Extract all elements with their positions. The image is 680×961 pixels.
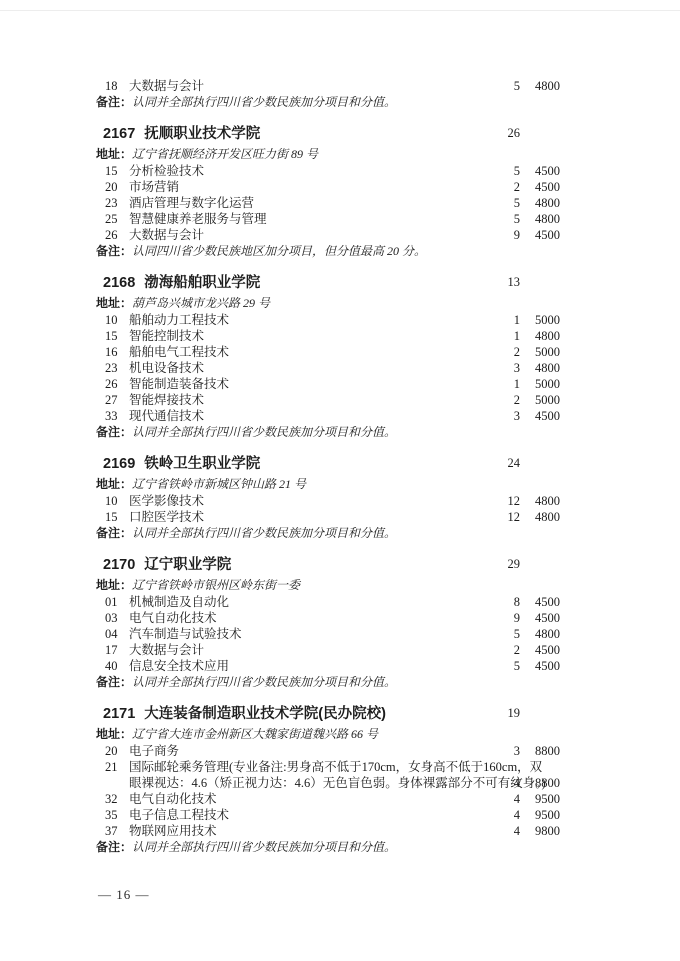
major-name: 25智慧健康养老服务与管理 [105,211,550,227]
major-plan-count: 5 [514,658,520,674]
note-text: 认同并全部执行四川省少数民族加分项目和分值。 [132,526,396,540]
major-tuition-fee: 4500 [535,179,560,195]
major-row: 15分析检验技术 5 4500 [96,163,560,179]
major-name: 26大数据与会计 [105,227,550,243]
note-text: 认同并全部执行四川省少数民族加分项目和分值。 [132,425,396,439]
major-tuition-fee: 4800 [535,328,560,344]
major-title-text: 酒店管理与数字化运营 [129,196,254,210]
page-number: — 16 — [98,887,150,903]
major-name: 35电子信息工程技术 [105,807,550,823]
college-name: 抚顺职业技术学院 [144,126,260,142]
major-code: 32 [105,791,129,807]
major-tuition-fee: 4800 [535,195,560,211]
major-title-text: 船舶动力工程技术 [129,313,229,327]
major-plan-count: 3 [514,743,520,759]
major-row: 23酒店管理与数字化运营 5 4800 [96,195,560,211]
address-text: 辽宁省大连市金州新区大魏家街道魏兴路 66 号 [132,727,378,741]
address-row: 地址：辽宁省抚顺经济开发区旺力街 89 号 [96,146,560,163]
college-total-plan: 26 [508,124,521,143]
major-name: 17大数据与会计 [105,642,550,658]
major-title-text: 大数据与会计 [129,79,204,93]
major-name: 23酒店管理与数字化运营 [105,195,550,211]
major-code: 25 [105,211,129,227]
major-list: 10医学影像技术 12 4800 15口腔医学技术 12 4800 [96,493,560,525]
major-row: 33现代通信技术 3 4500 [96,408,560,424]
address-row: 地址：辽宁省大连市金州新区大魏家街道魏兴路 66 号 [96,726,560,743]
address-label: 地址： [96,296,132,310]
college-total-plan: 29 [508,555,521,574]
major-tuition-fee: 4500 [535,163,560,179]
major-tuition-fee: 5000 [535,344,560,360]
address-text: 辽宁省抚顺经济开发区旺力街 89 号 [132,147,318,161]
college-code: 2171 [103,706,135,722]
major-row: 26智能制造装备技术 1 5000 [96,376,560,392]
major-code: 21 [105,759,129,775]
college-name: 铁岭卫生职业学院 [144,456,260,472]
major-row: 25智慧健康养老服务与管理 5 4800 [96,211,560,227]
note-label: 备注： [96,840,132,854]
major-tuition-fee: 5000 [535,312,560,328]
major-title-text: 机电设备技术 [129,361,204,375]
major-tuition-fee: 4500 [535,227,560,243]
note-label: 备注： [96,425,132,439]
major-row: 20市场营销 2 4500 [96,179,560,195]
college-name: 大连装备制造职业技术学院(民办院校) [144,706,386,722]
major-tuition-fee: 4800 [535,626,560,642]
major-name: 15口腔医学技术 [105,509,550,525]
major-list: 10船舶动力工程技术 1 5000 15智能控制技术 1 4800 16船舶电气… [96,312,560,424]
major-list: 01机械制造及自动化 8 4500 03电气自动化技术 9 4500 04汽车制… [96,594,560,674]
major-tuition-fee: 9500 [535,807,560,823]
college-section: 2169铁岭卫生职业学院 24 地址：辽宁省铁岭市新城区钟山路 21 号 10医… [96,455,560,542]
major-plan-count: 8 [514,594,520,610]
college-section: 2170辽宁职业学院 29 地址：辽宁省铁岭市银州区岭东街一委 01机械制造及自… [96,556,560,691]
major-title-text: 电子信息工程技术 [129,808,229,822]
major-title-text: 汽车制造与试验技术 [129,627,242,641]
major-name: 33现代通信技术 [105,408,550,424]
major-tuition-fee: 8800 [535,775,560,791]
address-row: 地址：辽宁省铁岭市新城区钟山路 21 号 [96,476,560,493]
major-row: 03电气自动化技术 9 4500 [96,610,560,626]
address-label: 地址： [96,578,132,592]
address-label: 地址： [96,477,132,491]
major-row: 10医学影像技术 12 4800 [96,493,560,509]
address-text: 葫芦岛兴城市龙兴路 29 号 [132,296,270,310]
previous-college-continuation: 18大数据与会计 5 4800 备注：认同并全部执行四川省少数民族加分项目和分值… [96,78,560,111]
major-code: 26 [105,376,129,392]
college-name: 渤海船舶职业学院 [144,275,260,291]
major-plan-count: 5 [514,195,520,211]
major-title-text: 大数据与会计 [129,228,204,242]
major-name: 10医学影像技术 [105,493,550,509]
major-code: 40 [105,658,129,674]
major-list: 20电子商务 3 8800 21国际邮轮乘务管理(专业备注:男身高不低于170c… [96,743,560,839]
major-plan-count: 3 [514,408,520,424]
major-plan-count: 4 [514,807,520,823]
major-code: 17 [105,642,129,658]
major-row: 27智能焊接技术 2 5000 [96,392,560,408]
major-plan-count: 5 [514,78,520,94]
major-tuition-fee: 9800 [535,823,560,839]
major-title-text: 电子商务 [129,744,179,758]
major-title-text: 电气自动化技术 [129,792,217,806]
college-header-row: 2170辽宁职业学院 29 [96,556,560,575]
note-row: 备注：认同并全部执行四川省少数民族加分项目和分值。 [96,525,560,542]
note-row: 备注：认同四川省少数民族地区加分项目，但分值最高 20 分。 [96,243,560,260]
major-plan-count: 4 [514,823,520,839]
major-row: 10船舶动力工程技术 1 5000 [96,312,560,328]
major-row: 23机电设备技术 3 4800 [96,360,560,376]
major-code: 15 [105,328,129,344]
major-title-text: 分析检验技术 [129,164,204,178]
major-name: 37物联网应用技术 [105,823,550,839]
major-plan-count: 12 [508,509,521,525]
major-code: 20 [105,743,129,759]
major-name: 40信息安全技术应用 [105,658,550,674]
major-code: 35 [105,807,129,823]
college-header-row: 2169铁岭卫生职业学院 24 [96,455,560,474]
major-row: 18大数据与会计 5 4800 [96,78,560,94]
major-tuition-fee: 5000 [535,376,560,392]
major-code: 15 [105,509,129,525]
major-code: 10 [105,493,129,509]
major-name: 20电子商务 [105,743,550,759]
major-name: 16船舶电气工程技术 [105,344,550,360]
address-text: 辽宁省铁岭市新城区钟山路 21 号 [132,477,306,491]
major-title-text: 智能制造装备技术 [129,377,229,391]
major-name: 15分析检验技术 [105,163,550,179]
major-row: 26大数据与会计 9 4500 [96,227,560,243]
major-title-text: 信息安全技术应用 [129,659,229,673]
major-tuition-fee: 4800 [535,493,560,509]
major-row: 35电子信息工程技术 4 9500 [96,807,560,823]
major-tuition-fee: 4500 [535,594,560,610]
major-title-text: 市场营销 [129,180,179,194]
page-content: 18大数据与会计 5 4800 备注：认同并全部执行四川省少数民族加分项目和分值… [96,78,560,856]
college-code: 2168 [103,275,135,291]
major-name: 04汽车制造与试验技术 [105,626,550,642]
major-code: 26 [105,227,129,243]
major-plan-count: 1 [514,312,520,328]
major-tuition-fee: 9500 [535,791,560,807]
note-label: 备注： [96,95,132,109]
major-name: 27智能焊接技术 [105,392,550,408]
major-title-text: 大数据与会计 [129,643,204,657]
major-title-text: 国际邮轮乘务管理(专业备注:男身高不低于170cm，女身高不低于160cm，双眼… [129,760,546,790]
college-section: 2168渤海船舶职业学院 13 地址：葫芦岛兴城市龙兴路 29 号 10船舶动力… [96,274,560,441]
address-row: 地址：葫芦岛兴城市龙兴路 29 号 [96,295,560,312]
major-plan-count: 5 [514,163,520,179]
major-title-text: 医学影像技术 [129,494,204,508]
college-total-plan: 24 [508,454,521,473]
note-row: 备注：认同并全部执行四川省少数民族加分项目和分值。 [96,94,560,111]
major-tuition-fee: 8800 [535,743,560,759]
major-row: 32电气自动化技术 4 9500 [96,791,560,807]
major-plan-count: 2 [514,179,520,195]
major-row: 15智能控制技术 1 4800 [96,328,560,344]
major-name: 03电气自动化技术 [105,610,550,626]
major-plan-count: 2 [514,642,520,658]
address-label: 地址： [96,147,132,161]
college-total-plan: 13 [508,273,521,292]
address-label: 地址： [96,727,132,741]
college-code: 2167 [103,126,135,142]
college-total-plan: 19 [508,704,521,723]
major-code: 20 [105,179,129,195]
major-tuition-fee: 4800 [535,211,560,227]
major-title-text: 电气自动化技术 [129,611,217,625]
note-row: 备注：认同并全部执行四川省少数民族加分项目和分值。 [96,424,560,441]
major-tuition-fee: 4800 [535,509,560,525]
major-name: 32电气自动化技术 [105,791,550,807]
note-row: 备注：认同并全部执行四川省少数民族加分项目和分值。 [96,674,560,691]
major-code: 23 [105,360,129,376]
major-plan-count: 5 [514,211,520,227]
major-name: 10船舶动力工程技术 [105,312,550,328]
major-plan-count: 2 [514,392,520,408]
major-plan-count: 1 [514,376,520,392]
major-name: 26智能制造装备技术 [105,376,550,392]
major-code: 01 [105,594,129,610]
note-text: 认同并全部执行四川省少数民族加分项目和分值。 [132,840,396,854]
major-code: 16 [105,344,129,360]
major-row: 04汽车制造与试验技术 5 4800 [96,626,560,642]
major-plan-count: 4 [514,775,520,791]
note-label: 备注： [96,526,132,540]
major-tuition-fee: 4800 [535,360,560,376]
major-list: 15分析检验技术 5 4500 20市场营销 2 4500 23酒店管理与数字化… [96,163,560,243]
major-row: 01机械制造及自动化 8 4500 [96,594,560,610]
major-row: 37物联网应用技术 4 9800 [96,823,560,839]
college-header-row: 2171大连装备制造职业技术学院(民办院校) 19 [96,705,560,724]
major-code: 04 [105,626,129,642]
major-name: 15智能控制技术 [105,328,550,344]
major-plan-count: 5 [514,626,520,642]
major-name: 20市场营销 [105,179,550,195]
major-tuition-fee: 5000 [535,392,560,408]
major-code: 18 [105,78,129,94]
major-title-text: 智能控制技术 [129,329,204,343]
major-tuition-fee: 4500 [535,408,560,424]
major-row: 20电子商务 3 8800 [96,743,560,759]
major-tuition-fee: 4500 [535,610,560,626]
major-plan-count: 4 [514,791,520,807]
major-title-text: 智能焊接技术 [129,393,204,407]
college-header-row: 2167抚顺职业技术学院 26 [96,125,560,144]
college-code: 2169 [103,456,135,472]
major-tuition-fee: 4500 [535,658,560,674]
major-row: 21国际邮轮乘务管理(专业备注:男身高不低于170cm，女身高不低于160cm，… [96,759,560,791]
major-code: 23 [105,195,129,211]
major-tuition-fee: 4800 [535,78,560,94]
major-name: 23机电设备技术 [105,360,550,376]
document-page: 18大数据与会计 5 4800 备注：认同并全部执行四川省少数民族加分项目和分值… [0,0,680,961]
major-plan-count: 3 [514,360,520,376]
major-row: 17大数据与会计 2 4500 [96,642,560,658]
major-plan-count: 1 [514,328,520,344]
address-row: 地址：辽宁省铁岭市银州区岭东街一委 [96,577,560,594]
college-code: 2170 [103,557,135,573]
major-title-text: 物联网应用技术 [129,824,217,838]
major-plan-count: 12 [508,493,521,509]
major-code: 27 [105,392,129,408]
major-row: 40信息安全技术应用 5 4500 [96,658,560,674]
note-text: 认同四川省少数民族地区加分项目，但分值最高 20 分。 [132,244,426,258]
major-title-text: 智慧健康养老服务与管理 [129,212,267,226]
major-code: 03 [105,610,129,626]
major-title-text: 机械制造及自动化 [129,595,229,609]
page-top-edge-line [0,10,680,11]
college-sections: 2167抚顺职业技术学院 26 地址：辽宁省抚顺经济开发区旺力街 89 号 15… [96,125,560,856]
major-title-text: 现代通信技术 [129,409,204,423]
college-name: 辽宁职业学院 [144,557,231,573]
note-label: 备注： [96,244,132,258]
major-plan-count: 9 [514,227,520,243]
major-name: 21国际邮轮乘务管理(专业备注:男身高不低于170cm，女身高不低于160cm，… [105,759,550,791]
major-plan-count: 9 [514,610,520,626]
college-section: 2167抚顺职业技术学院 26 地址：辽宁省抚顺经济开发区旺力街 89 号 15… [96,125,560,260]
major-code: 33 [105,408,129,424]
college-section: 2171大连装备制造职业技术学院(民办院校) 19 地址：辽宁省大连市金州新区大… [96,705,560,856]
major-title-text: 口腔医学技术 [129,510,204,524]
major-code: 10 [105,312,129,328]
major-title-text: 船舶电气工程技术 [129,345,229,359]
major-name: 01机械制造及自动化 [105,594,550,610]
major-code: 15 [105,163,129,179]
note-text: 认同并全部执行四川省少数民族加分项目和分值。 [132,95,396,109]
note-text: 认同并全部执行四川省少数民族加分项目和分值。 [132,675,396,689]
address-text: 辽宁省铁岭市银州区岭东街一委 [132,578,300,592]
major-code: 37 [105,823,129,839]
college-header-row: 2168渤海船舶职业学院 13 [96,274,560,293]
note-row: 备注：认同并全部执行四川省少数民族加分项目和分值。 [96,839,560,856]
major-row: 16船舶电气工程技术 2 5000 [96,344,560,360]
major-tuition-fee: 4500 [535,642,560,658]
major-row: 15口腔医学技术 12 4800 [96,509,560,525]
major-plan-count: 2 [514,344,520,360]
major-name: 18大数据与会计 [105,78,550,94]
note-label: 备注： [96,675,132,689]
